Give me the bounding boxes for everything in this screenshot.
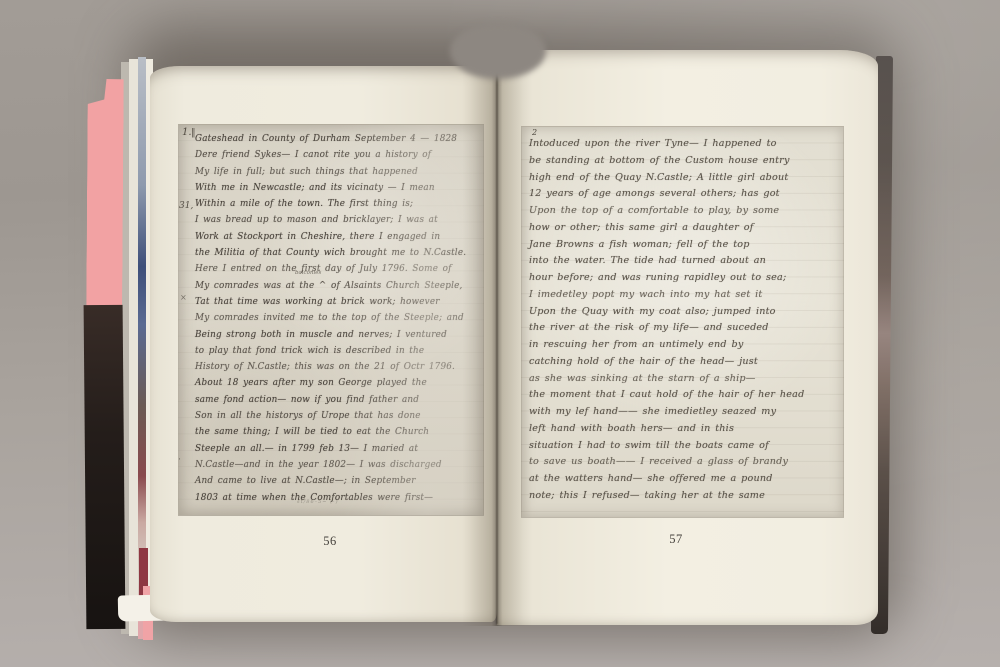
right-manuscript-photo: 2 Intoduced upon the river Tyne— I happe… (521, 126, 844, 518)
manuscript-lines: Intoduced upon the river Tyne— I happene… (522, 127, 843, 517)
page-edge-black-strip (84, 305, 126, 629)
manuscript-line: History of N.Castle; this was on the 21 … (195, 359, 483, 375)
manuscript-line: N.Castle—and in the year 1802— I was dis… (195, 457, 483, 473)
manuscript-line: the river at the risk of my life— and su… (529, 320, 843, 337)
manuscript-line: 1803 at time when the Comfortables were … (195, 490, 483, 506)
open-book: 1. ‖ 31, × · balconies Gateshead in Coun… (150, 50, 878, 626)
manuscript-line: into the water. The tide had turned abou… (529, 253, 843, 270)
manuscript-line: left hand with boath hers— and in this (529, 421, 843, 438)
manuscript-line: hour before; and was runing rapidley out… (529, 270, 843, 287)
manuscript-line: Gateshead in County of Durham September … (195, 131, 483, 147)
manuscript-line: Being strong both in muscle and nerves; … (195, 327, 483, 343)
manuscript-line: My comrades invited me to the top of the… (195, 310, 483, 326)
manuscript-line: with my lef hand—— she imedietley seazed… (529, 404, 843, 421)
manuscript-line: at the watters hand— she offered me a po… (529, 471, 843, 488)
manuscript-line: note; this I refused— taking her at the … (529, 488, 843, 505)
manuscript-line: Tat that time was working at brick work;… (195, 294, 483, 310)
manuscript-line: as she was sinking at the starn of a shi… (529, 371, 843, 388)
left-page: 1. ‖ 31, × · balconies Gateshead in Coun… (150, 66, 497, 622)
manuscript-lines: Gateshead in County of Durham September … (179, 125, 483, 515)
manuscript-line: how or other; this same girl a daughter … (529, 220, 843, 237)
manuscript-line: Steeple an all.— in 1799 feb 13— I marie… (195, 441, 483, 457)
page-edge-cream-strip (129, 59, 138, 636)
manuscript-line: in rescuing her from an untimely end by (529, 337, 843, 354)
manuscript-line: My comrades was at the ^ of Alsaints Chu… (195, 278, 483, 294)
manuscript-line: I imedetley popt my wach into my hat set… (529, 287, 843, 304)
page-edge-pink-strip (86, 79, 124, 307)
manuscript-line: catching hold of the hair of the head— j… (529, 354, 843, 371)
archive-reference-mark: st/86–5~ (·) (297, 499, 339, 505)
gutter-line (496, 54, 498, 624)
manuscript-line: the Militia of that County wich brought … (195, 245, 483, 261)
manuscript-line: to save us boath—— I received a glass of… (529, 454, 843, 471)
manuscript-line: be standing at bottom of the Custom hous… (529, 153, 843, 170)
gutter-top-notch (450, 23, 546, 79)
page-number-56: 56 (308, 534, 352, 549)
right-page: 2 Intoduced upon the river Tyne— I happe… (497, 50, 878, 625)
manuscript-line: Here I entred on the first day of July 1… (195, 261, 483, 277)
left-manuscript-photo: 1. ‖ 31, × · balconies Gateshead in Coun… (178, 124, 484, 516)
manuscript-line: the moment that I caut hold of the hair … (529, 387, 843, 404)
manuscript-line: About 18 years after my son George playe… (195, 375, 483, 391)
manuscript-line: Upon the Quay with my coat also; jumped … (529, 304, 843, 321)
manuscript-line: My life in full; but such things that ha… (195, 164, 483, 180)
photo-of-open-book: 1. ‖ 31, × · balconies Gateshead in Coun… (0, 0, 1000, 667)
manuscript-line: Jane Browns a fish woman; fell of the to… (529, 237, 843, 254)
manuscript-line: to play that fond trick wich is describe… (195, 343, 483, 359)
manuscript-line: Son in all the historys of Urope that ha… (195, 408, 483, 424)
manuscript-line: 12 years of age amongs several others; h… (529, 186, 843, 203)
manuscript-line: And came to live at N.Castle—; in Septem… (195, 473, 483, 489)
manuscript-line: Upon the top of a comfortable to play, b… (529, 203, 843, 220)
manuscript-line: Dere friend Sykes— I canot rite you a hi… (195, 147, 483, 163)
manuscript-line: high end of the Quay N.Castle; A little … (529, 170, 843, 187)
manuscript-line: situation I had to swim till the boats c… (529, 438, 843, 455)
manuscript-line: I was bread up to mason and bricklayer; … (195, 212, 483, 228)
manuscript-line: With me in Newcastle; and its vicinaty —… (195, 180, 483, 196)
manuscript-line: the same thing; I will be tied to eat th… (195, 424, 483, 440)
page-number-57: 57 (654, 532, 698, 547)
manuscript-line: Intoduced upon the river Tyne— I happene… (529, 136, 843, 153)
manuscript-line: Within a mile of the town. The first thi… (195, 196, 483, 212)
manuscript-line: Work at Stockport in Cheshire, there I e… (195, 229, 483, 245)
manuscript-line: same fond action— now if you find father… (195, 392, 483, 408)
